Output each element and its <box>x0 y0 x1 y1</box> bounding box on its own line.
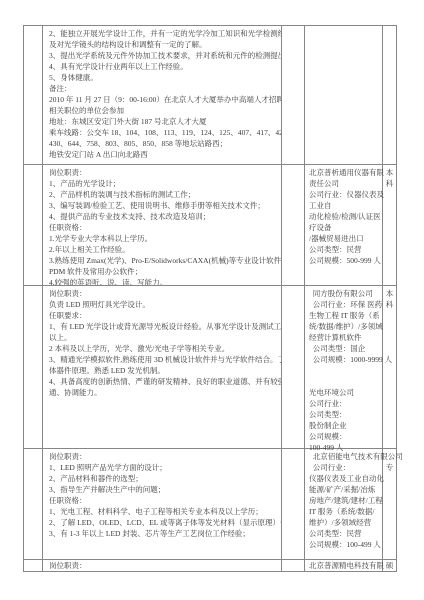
text-line: 地铁安定门站 A 出口向北路西 <box>49 149 279 160</box>
text-line: 公司规模：1000-9999 人 <box>309 354 382 365</box>
text-line: 本 <box>383 288 396 299</box>
text-line: 3、有 1-3 年以上 LED 封装、芯片等生产工艺岗位工作经验； <box>49 528 279 539</box>
text-line: 硕 <box>383 560 396 571</box>
company-info-cell: 北京佰能电气技术有限公司 公司行业：仪器仪表及工业自动化能源/矿产/采掘/冶炼房… <box>305 449 383 559</box>
text-line: 公司类型：国企 <box>309 343 382 354</box>
text-line: 4、提供产品的专业技术支持、技术改造及培训； <box>49 211 279 222</box>
text-line: 2、产品样机的装调与技术指标的测试工作； <box>49 189 279 200</box>
text-line: 4.较强的英语听、说、读、写能力。 <box>49 277 279 285</box>
text-line: 4、具备高度的创新热情、严谨的研发精神、良好的职业道德、并有较强的沟 <box>49 376 279 387</box>
degree-cell <box>383 26 396 164</box>
company-info-cell: 北京普析通用仪器有限责任公司公司行业：仪器仪表及工业自动化检验/检测/认证医疗设… <box>305 165 383 285</box>
company-info-cell: 北京普源精电科技有限 <box>305 560 383 571</box>
text-line: 2.年以上相关工作经验。 <box>49 244 279 255</box>
text-line: 疗设备 <box>309 222 382 233</box>
text-line: 岗位职责： <box>49 451 279 462</box>
text-line: 经营计算机软件 <box>309 332 382 343</box>
text-line: IT 服务（系统/数据/ <box>309 506 382 517</box>
degree-cell: 专 <box>383 449 396 559</box>
recruitment-table: 2、能独立开展光学设计工作，并有一定的光学冷加工知识和光学检测经验，以及对光学镜… <box>23 25 397 572</box>
text-line: 任职资格： <box>49 222 279 233</box>
text-line: 公司行业： <box>309 398 382 409</box>
text-line: 2、能独立开展光学设计工作，并有一定的光学冷加工知识和光学检测经验，以 <box>49 28 279 39</box>
text-line: 公司类型：民营 <box>309 244 382 255</box>
table-row: 岗位职责：1、产品的光学设计；2、产品样机的装调与技术指标的测试工作；3、编写装… <box>24 164 396 285</box>
row-number-cell <box>24 165 43 285</box>
text-line: /器械贸易进出口 <box>309 233 382 244</box>
text-line: 本 <box>383 167 396 178</box>
spacer-cell <box>282 560 305 571</box>
text-line: 3.熟练使用 Zmax(光学)、Pro-E/Solidworks/CAXA(机械… <box>49 255 279 266</box>
text-line: 同方股份有限公司 <box>309 288 382 299</box>
text-line: 公司规模：100-499 人 <box>309 539 382 550</box>
text-line: 公司行业：环保 医药 <box>309 299 382 310</box>
text-line <box>309 376 382 387</box>
text-line: 1、LED 照明产品光学方面的设计； <box>49 462 279 473</box>
text-line: 公司类型：民营 <box>309 528 382 539</box>
text-line: 能源/矿产/采掘/冶炼 <box>309 484 382 495</box>
degree-cell: 硕 <box>383 560 396 571</box>
text-line: 北京普源精电科技有限 <box>309 560 382 571</box>
text-line: 负责 LED 照明灯具光学设计。 <box>49 299 279 310</box>
text-line: 房地产/建筑/建材/工程 <box>309 495 382 506</box>
text-line: 备注： <box>49 83 279 94</box>
company-info-cell: 同方股份有限公司 公司行业：环保 医药生物工程 IT 服务（系统/数据/维护）/… <box>305 286 383 448</box>
text-line: 及对光学镜头的结构设计和调整有一定的了解。 <box>49 39 279 50</box>
job-description-cell: 岗位职责：负责 LED 照明灯具光学设计。任职要求：1、有 LED 光学设计或背… <box>43 286 282 448</box>
text-line: 通、协调能力。 <box>49 387 279 398</box>
text-line: 1、光电工程、材料科学、电子工程等相关专业本科及以上学历； <box>49 506 279 517</box>
table-row: 岗位职责：1、LED 照明产品光学方面的设计；2、产品材料和器件的选型；3、指导… <box>24 448 396 559</box>
job-description-cell: 岗位职责：1、LED 照明产品光学方面的设计；2、产品材料和器件的选型；3、指导… <box>43 449 282 559</box>
text-line: 3、编写装调/检验工艺、使用说明书、维修手册等相关技术文件； <box>49 200 279 211</box>
text-line: 3、精通光学模拟软件,熟练使用 3D 机械设计软件并与光学软件结合。了解半导 <box>49 354 279 365</box>
row-number-cell <box>24 560 43 571</box>
text-line: PDM 软件及常用办公软件； <box>49 266 279 277</box>
spacer-cell <box>282 449 305 559</box>
text-line: 公司规模： <box>309 431 382 442</box>
text-line: 430、644、758、803、805、850、858 等地坛站路西； <box>49 138 279 149</box>
text-line: 公司行业：仪器仪表及 <box>309 189 382 200</box>
spacer-cell <box>282 286 305 448</box>
text-line: 生物工程 IT 服务（系 <box>309 310 382 321</box>
text-line: 科 <box>383 299 396 310</box>
job-description-cell: 岗位职责： <box>43 560 282 571</box>
text-line: 5、身体健康。 <box>49 72 279 83</box>
document-page: 2、能独立开展光学设计工作，并有一定的光学冷加工知识和光学检测经验，以及对光学镜… <box>0 0 424 600</box>
text-line: 1、有 LED 光学设计或背光源导光板设计经验。从事光学设计及测试工作 2 年 <box>49 321 279 332</box>
degree-cell: 本科 <box>383 165 396 285</box>
text-line: 2010 年 11 月 27 日（9：00-16:00）在北京人才大厦举办中高端… <box>49 94 279 105</box>
text-line: 岗位职责： <box>49 288 279 299</box>
job-description-cell: 岗位职责：1、产品的光学设计；2、产品样机的装调与技术指标的测试工作；3、编写装… <box>43 165 282 285</box>
text-line: 2、了解 LED、OLED、LCD、EL 或等离子体等发光材料（显示原理）优先； <box>49 517 279 528</box>
text-line: 岗位职责： <box>49 167 279 178</box>
table-row: 2、能独立开展光学设计工作，并有一定的光学冷加工知识和光学检测经验，以及对光学镜… <box>24 26 396 164</box>
text-line: 任职资格： <box>49 495 279 506</box>
table-row: 岗位职责： 北京普源精电科技有限 硕 <box>24 559 396 571</box>
text-line: 科 <box>383 178 396 189</box>
text-line: 北京佰能电气技术有限公司 <box>309 451 382 462</box>
text-line: 1、产品的光学设计； <box>49 178 279 189</box>
text-line: 责任公司 <box>309 178 382 189</box>
row-number-cell <box>24 286 43 448</box>
text-line: 维护）/多领域经营 <box>309 517 382 528</box>
text-line: 2 本科及以上学历，光学、激光/光电子学等相关专业。 <box>49 343 279 354</box>
text-line: 体器件原理。熟悉 LED 发光机制。 <box>49 365 279 376</box>
company-info-cell <box>305 26 383 164</box>
text-line: 相关职位的单位会参加 <box>49 105 279 116</box>
text-line: 4、具有光学设计行业两年以上工作经验。 <box>49 61 279 72</box>
text-line: 股份制企业 <box>309 420 382 431</box>
text-line <box>309 365 382 376</box>
spacer-cell <box>282 26 305 164</box>
text-line: 专 <box>383 462 396 473</box>
text-line: 任职要求： <box>49 310 279 321</box>
text-line: 仪器仪表及工业自动化 <box>309 473 382 484</box>
text-line: 动化检验/检测/认证医 <box>309 211 382 222</box>
degree-cell: 本科 <box>383 286 396 448</box>
row-number-cell <box>24 26 43 164</box>
job-description-cell: 2、能独立开展光学设计工作，并有一定的光学冷加工知识和光学检测经验，以及对光学镜… <box>43 26 282 164</box>
table-row: 岗位职责：负责 LED 照明灯具光学设计。任职要求：1、有 LED 光学设计或背… <box>24 285 396 448</box>
text-line: 乘车线路：公交车 18、104、108、113、119、124、125、407、… <box>49 127 279 138</box>
text-line: 以上。 <box>49 332 279 343</box>
text-line: 北京普析通用仪器有限 <box>309 167 382 178</box>
text-line: 3、指导生产并解决生产中的问题； <box>49 484 279 495</box>
text-line: 岗位职责： <box>49 560 279 571</box>
text-line: 公司类型： <box>309 409 382 420</box>
text-line: 地址：东城区安定门外大街 187 号北京人才大厦 <box>49 116 279 127</box>
text-line: 统/数据/维护）/多领域 <box>309 321 382 332</box>
row-number-cell <box>24 449 43 559</box>
text-line: 1.光学专业大学本科以上学历。 <box>49 233 279 244</box>
text-line: 公司行业： <box>309 462 382 473</box>
text-line: 工业自 <box>309 200 382 211</box>
text-line: 光电环境公司 <box>309 387 382 398</box>
spacer-cell <box>282 165 305 285</box>
text-line: 公司规模：500-999 人 <box>309 255 382 266</box>
text-line: 2、产品材料和器件的选型； <box>49 473 279 484</box>
text-line: 3、提出光学系统及元件外协加工技术要求，并对系统和元件的检测提出方案。 <box>49 50 279 61</box>
text-line <box>383 451 396 462</box>
